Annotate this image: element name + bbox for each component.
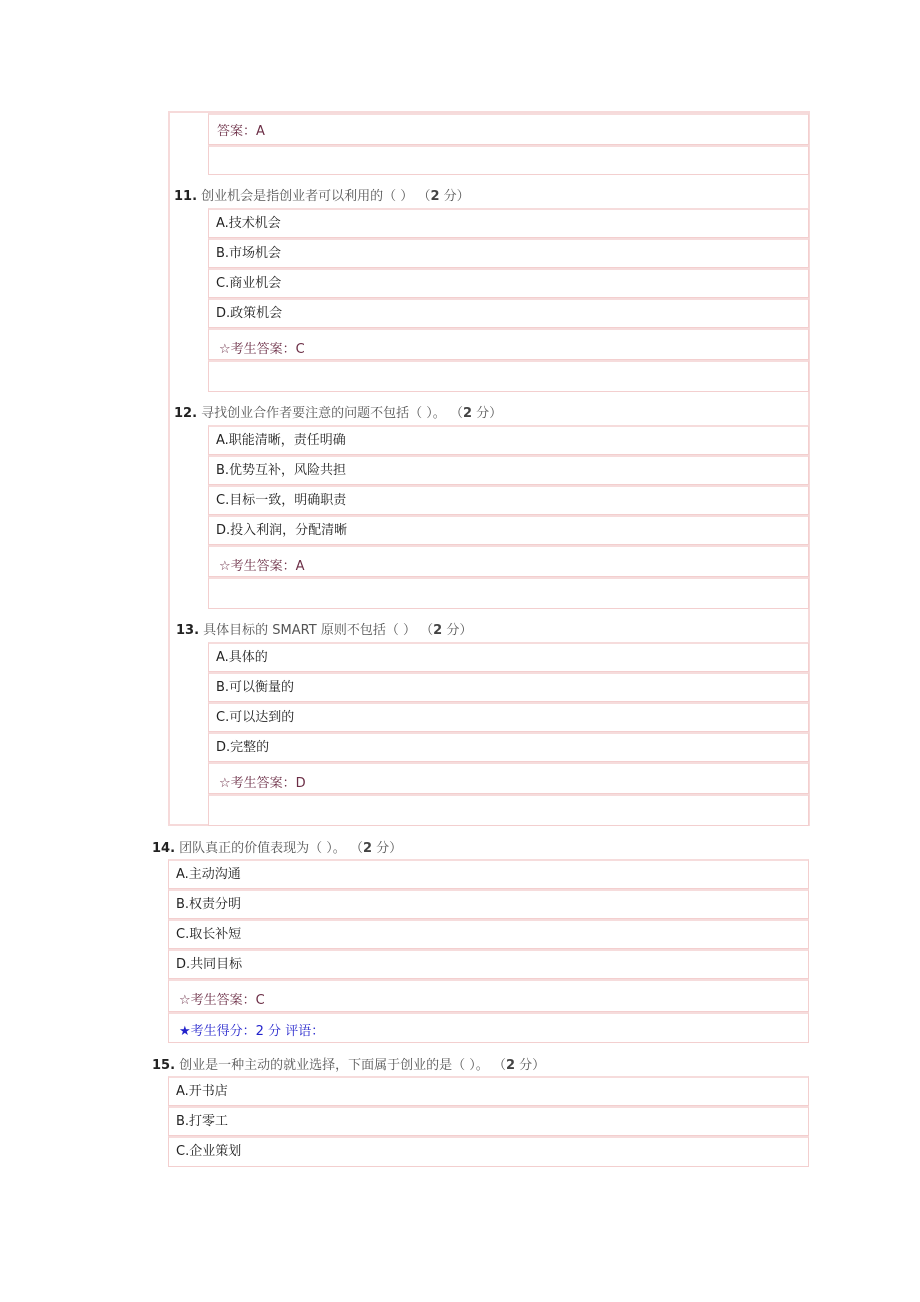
option-label: B.市场机会 <box>216 246 281 261</box>
question-13-title: 13. 具体目标的 SMART 原则不包括（ ） （2 分） <box>176 622 472 640</box>
q11-option-b[interactable]: B.市场机会 <box>208 238 809 268</box>
q12-option-a[interactable]: A.职能清晰，责任明确 <box>208 425 809 455</box>
question-points: （2 分） <box>420 623 472 638</box>
q13-empty-row <box>208 794 809 826</box>
q13-option-a[interactable]: A.具体的 <box>208 642 809 672</box>
question-14-title: 14. 团队真正的价值表现为（ ）。 （2 分） <box>152 840 402 858</box>
question-points: （2 分） <box>417 189 469 204</box>
option-label: C.企业策划 <box>176 1144 241 1159</box>
question-text: 团队真正的价值表现为（ ）。 <box>179 841 346 856</box>
question-text: 寻找创业合作者要注意的问题不包括（ ）。 <box>201 406 446 421</box>
q11-option-a[interactable]: A.技术机会 <box>208 208 809 238</box>
q10-answer-row: 答案：A <box>208 113 809 145</box>
question-points: （2 分） <box>450 406 502 421</box>
q10-answer-text: 答案：A <box>217 124 265 139</box>
option-label: C.取长补短 <box>176 927 241 942</box>
option-label: A.开书店 <box>176 1084 228 1099</box>
option-label: A.技术机会 <box>216 216 281 231</box>
question-text: 创业机会是指创业者可以利用的（ ） <box>201 189 413 204</box>
question-number: 13. <box>176 623 199 638</box>
q11-option-d[interactable]: D.政策机会 <box>208 298 809 328</box>
option-label: A.具体的 <box>216 650 268 665</box>
option-label: A.职能清晰，责任明确 <box>216 433 346 448</box>
q13-option-c[interactable]: C.可以达到的 <box>208 702 809 732</box>
option-label: A.主动沟通 <box>176 867 241 882</box>
option-label: C.可以达到的 <box>216 710 294 725</box>
student-answer-text: ☆考生答案：C <box>219 342 305 357</box>
q11-option-c[interactable]: C.商业机会 <box>208 268 809 298</box>
q14-option-b[interactable]: B.权责分明 <box>168 889 809 919</box>
q12-option-c[interactable]: C.目标一致，明确职责 <box>208 485 809 515</box>
option-label: B.权责分明 <box>176 897 241 912</box>
option-label: D.完整的 <box>216 740 269 755</box>
q12-student-answer: ☆考生答案：A <box>208 545 809 577</box>
question-points: （2 分） <box>493 1058 545 1073</box>
option-label: C.目标一致，明确职责 <box>216 493 346 508</box>
q14-option-a[interactable]: A.主动沟通 <box>168 859 809 889</box>
q15-option-c[interactable]: C.企业策划 <box>168 1136 809 1167</box>
student-score-text: ★考生得分：2 分 评语： <box>179 1024 324 1039</box>
q12-option-d[interactable]: D.投入利润，分配清晰 <box>208 515 809 545</box>
q14-option-d[interactable]: D.共同目标 <box>168 949 809 979</box>
student-answer-text: ☆考生答案：C <box>179 993 265 1008</box>
q15-option-b[interactable]: B.打零工 <box>168 1106 809 1136</box>
question-15-title: 15. 创业是一种主动的就业选择，下面属于创业的是（ ）。 （2 分） <box>152 1057 545 1075</box>
q13-option-d[interactable]: D.完整的 <box>208 732 809 762</box>
option-label: D.共同目标 <box>176 957 242 972</box>
option-label: B.打零工 <box>176 1114 228 1129</box>
q13-student-answer: ☆考生答案：D <box>208 762 809 794</box>
question-12-title: 12. 寻找创业合作者要注意的问题不包括（ ）。 （2 分） <box>174 405 502 423</box>
question-text: 创业是一种主动的就业选择，下面属于创业的是（ ）。 <box>179 1058 489 1073</box>
option-label: B.优势互补，风险共担 <box>216 463 346 478</box>
q13-option-b[interactable]: B.可以衡量的 <box>208 672 809 702</box>
question-number: 15. <box>152 1058 175 1073</box>
option-label: D.政策机会 <box>216 306 282 321</box>
q14-option-c[interactable]: C.取长补短 <box>168 919 809 949</box>
option-label: B.可以衡量的 <box>216 680 294 695</box>
q10-empty-row <box>208 145 809 175</box>
q14-student-answer: ☆考生答案：C <box>168 979 809 1012</box>
question-text: 具体目标的 SMART 原则不包括（ ） <box>203 623 416 638</box>
q14-student-score: ★考生得分：2 分 评语： <box>168 1012 809 1043</box>
option-label: D.投入利润，分配清晰 <box>216 523 347 538</box>
question-number: 11. <box>174 189 197 204</box>
student-answer-text: ☆考生答案：D <box>219 776 306 791</box>
option-label: C.商业机会 <box>216 276 281 291</box>
question-11-title: 11. 创业机会是指创业者可以利用的（ ） （2 分） <box>174 188 470 206</box>
q12-empty-row <box>208 577 809 609</box>
q15-option-a[interactable]: A.开书店 <box>168 1076 809 1106</box>
question-number: 12. <box>174 406 197 421</box>
student-answer-text: ☆考生答案：A <box>219 559 305 574</box>
q11-student-answer: ☆考生答案：C <box>208 328 809 360</box>
q12-option-b[interactable]: B.优势互补，风险共担 <box>208 455 809 485</box>
question-number: 14. <box>152 841 175 856</box>
q11-empty-row <box>208 360 809 392</box>
question-points: （2 分） <box>350 841 402 856</box>
